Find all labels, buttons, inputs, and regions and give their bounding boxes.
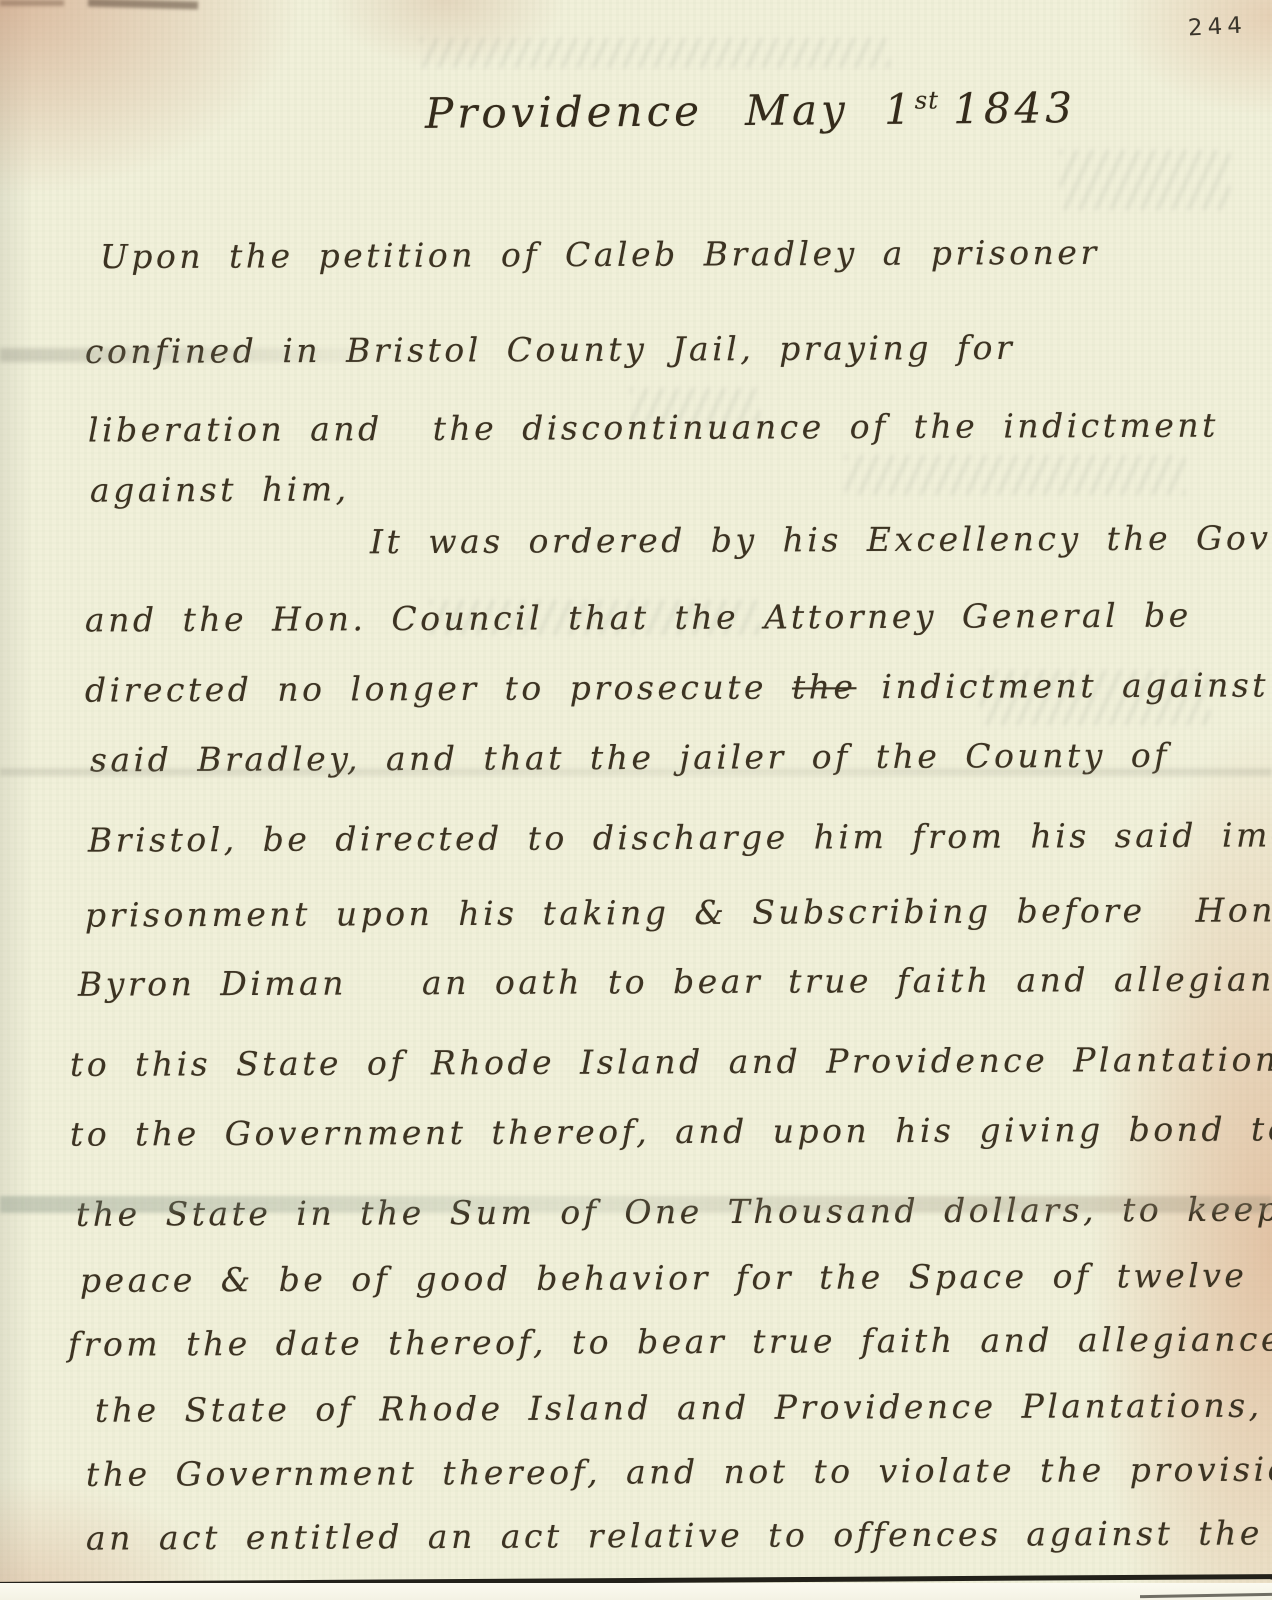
- scan-background: [0, 1583, 1272, 1600]
- dateline-heading: ProvidenceMay 1st1843: [425, 83, 1076, 138]
- handwritten-line: directed no longer to prosecute the indi…: [85, 665, 1269, 709]
- manuscript-page: 244 ProvidenceMay 1st1843 Upon the petit…: [0, 0, 1272, 1600]
- handwritten-line: to the Government thereof, and upon his …: [70, 1109, 1272, 1153]
- struck-word: the: [792, 667, 857, 706]
- page-corner-edge: [1140, 1593, 1272, 1598]
- handwritten-line: the Government thereof, and not to viola…: [86, 1449, 1272, 1494]
- bleedthrough-smudge: [1060, 150, 1230, 210]
- handwritten-line: It was ordered by his Excellency the Gov…: [370, 518, 1272, 561]
- handwritten-line: said Bradley, and that the jailer of the…: [90, 736, 1170, 780]
- ink-smudge: [88, 0, 198, 9]
- bleedthrough-smudge: [420, 38, 890, 68]
- page-bottom-edge: [0, 1574, 1272, 1587]
- bleedthrough-smudge: [845, 455, 1185, 495]
- handwritten-line: against him,: [90, 469, 350, 509]
- handwritten-line: Byron Diman an oath to bear true faith a…: [78, 959, 1272, 1003]
- dateline-place: Providence: [425, 86, 703, 137]
- dateline-year: 1843: [953, 83, 1076, 133]
- line-segment: indictment against: [856, 665, 1269, 706]
- line-segment: directed no longer to prosecute: [85, 667, 792, 709]
- handwritten-line: confined in Bristol County Jail, praying…: [85, 328, 1015, 371]
- dateline-ordinal: st: [915, 85, 940, 114]
- handwritten-line: the State in the Sum of One Thousand dol…: [76, 1189, 1272, 1234]
- handwritten-line: to this State of Rhode Island and Provid…: [70, 1039, 1272, 1084]
- page-number: 244: [1187, 12, 1247, 41]
- handwritten-line: an act entitled an act relative to offen…: [86, 1513, 1263, 1557]
- handwritten-line: prisonment upon his taking & Subscribing…: [85, 890, 1272, 934]
- handwritten-line: Bristol, be directed to discharge him fr…: [88, 815, 1272, 859]
- handwritten-line: peace & be of good behavior for the Spac…: [80, 1255, 1272, 1300]
- ink-smudge: [0, 0, 64, 6]
- handwritten-line: and the Hon. Council that the Attorney G…: [85, 596, 1192, 640]
- handwritten-line: from the date thereof, to bear true fait…: [68, 1319, 1272, 1364]
- dateline-month-day: May 1: [745, 85, 915, 135]
- handwritten-line: the State of Rhode Island and Providence…: [95, 1385, 1272, 1430]
- handwritten-line: Upon the petition of Caleb Bradley a pri…: [100, 233, 1100, 276]
- handwritten-line: liberation and the discontinuance of the…: [88, 406, 1219, 450]
